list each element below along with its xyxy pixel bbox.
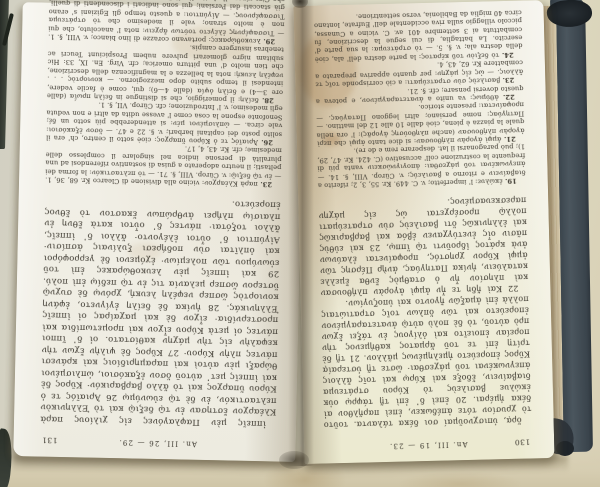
running-header: An. III, 19 — 23. [389,440,468,450]
page-131: An. III, 26 — 29. 131 ἱππεῖς μὲν Παφλαγό… [13,2,304,462]
page-number: 130 [514,437,530,446]
commentary-notes: 23. παρὰ Κλέαρχον: vicino alla divisione… [45,0,285,189]
page-130-rotated-content: An. III, 19 — 23. 130 ὅρᾳ, ὑπισχνοῦμαί σ… [293,0,554,464]
gutter-bottom-notch [279,451,309,469]
photo-of-open-book: An. III, 26 — 29. 131 ἱππεῖς μὲν Παφλαγό… [0,0,600,487]
commentary-notes: 19. ἐκώλυε: l' imperfetto; v. C. 449. Kr… [314,8,526,190]
book-gutter-shadow [288,0,314,466]
running-header: An. III, 26 — 29. [118,438,197,448]
page-130: An. III, 19 — 23. 130 ὅρᾳ, ὑπισχνοῦμαί σ… [293,0,554,464]
cover-worn-tail-fragment [556,441,574,456]
running-header-row: An. III, 19 — 23. 130 [324,434,532,451]
running-header-row: An. III, 26 — 29. 131 [40,433,276,450]
page-130-text-area: An. III, 19 — 23. 130 ὅρᾳ, ὑπισχνοῦμαί σ… [293,0,554,464]
page-131-rotated-content: An. III, 26 — 29. 131 ἱππεῖς μὲν Παφλαγό… [13,2,304,462]
page-number: 131 [42,436,58,445]
greek-main-text: ἱππεῖς μὲν Παφλαγόνες εἰς χιλίους παρὰ Κ… [40,194,281,429]
greek-main-text: ὅρᾳ, ὑπισχνοῦμαί σοι δέκα τάλαντα. τοῦτο… [318,194,532,430]
page-131-text-area: An. III, 26 — 29. 131 ἱππεῖς μὲν Παφλαγό… [13,2,304,462]
